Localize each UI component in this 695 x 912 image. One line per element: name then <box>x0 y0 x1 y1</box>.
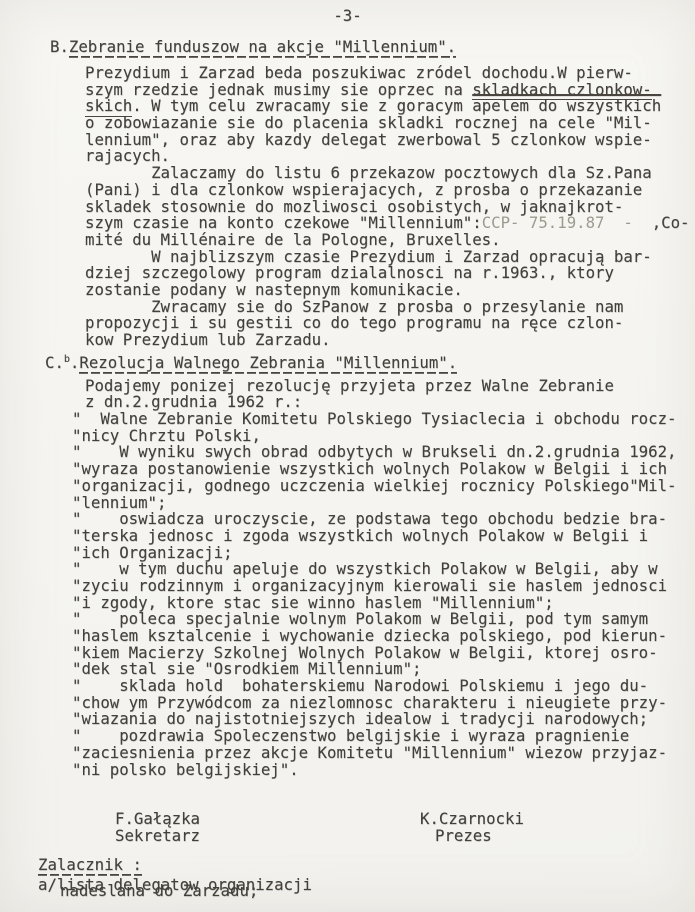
underlined-text: Zalacznik : <box>38 855 142 876</box>
signature-role: Prezes <box>435 828 524 845</box>
section-b-title: Zebranie funduszow na akcje "Millennium"… <box>69 37 456 58</box>
attachment-block: Zalacznik : a/lista delegatow organizacj… <box>38 857 695 899</box>
resolution-text: " Walne Zebranie Komitetu Polskiego Tysi… <box>72 411 695 778</box>
signature-president: K.Czarnocki Prezes <box>420 811 524 844</box>
resolution-line: "zaciesnienia przez akcje Komitetu "Mill… <box>72 745 695 762</box>
document-page: -3- B.Zebranie funduszow na akcje "Mille… <box>0 0 695 912</box>
resolution-line: "organizacji, godnego uczczenia wielkiej… <box>72 478 695 495</box>
text-segment: . <box>70 353 79 372</box>
account-number: CCP- 75.19.87 - <box>482 213 633 232</box>
section-b-body: Prezydium i Zarzad beda poszukiwac zróde… <box>85 65 695 349</box>
section-c-heading: C.b.Rezolucja Walnego Zebrania "Millenni… <box>45 355 695 375</box>
attachment-item-overlap: nadeslana do Zarzadu; <box>60 883 695 900</box>
text-line: kow Prezydium lub Zarzadu. <box>85 332 695 349</box>
section-c-intro: Podajemy ponizej rezolucję przyjeta prze… <box>85 378 695 411</box>
section-c-letter: C.b. <box>45 353 79 372</box>
signature-secretary: F.Gałązka Sekretarz <box>115 811 200 844</box>
section-c-title: Rezolucja Walnego Zebrania "Millennium". <box>79 353 457 374</box>
resolution-line: "ni polsko belgijskiej". <box>72 762 695 779</box>
attachment-heading: Zalacznik : <box>38 857 695 874</box>
signature-block: F.Gałązka Sekretarz K.Czarnocki Prezes <box>0 811 695 845</box>
page-number: -3- <box>0 8 695 25</box>
section-b-letter: B. <box>50 37 69 56</box>
text-line: (Pani) i dla czlonkow wspierajacych, z p… <box>85 182 695 199</box>
text-segment: C. <box>45 353 64 372</box>
section-b-heading: B.Zebranie funduszow na akcje "Millenniu… <box>50 39 695 59</box>
signature-role: Sekretarz <box>115 828 200 845</box>
text-segment: ,Co- <box>633 213 690 232</box>
text-line: lennium", oraz aby kazdy delegat zwerbow… <box>85 132 695 149</box>
